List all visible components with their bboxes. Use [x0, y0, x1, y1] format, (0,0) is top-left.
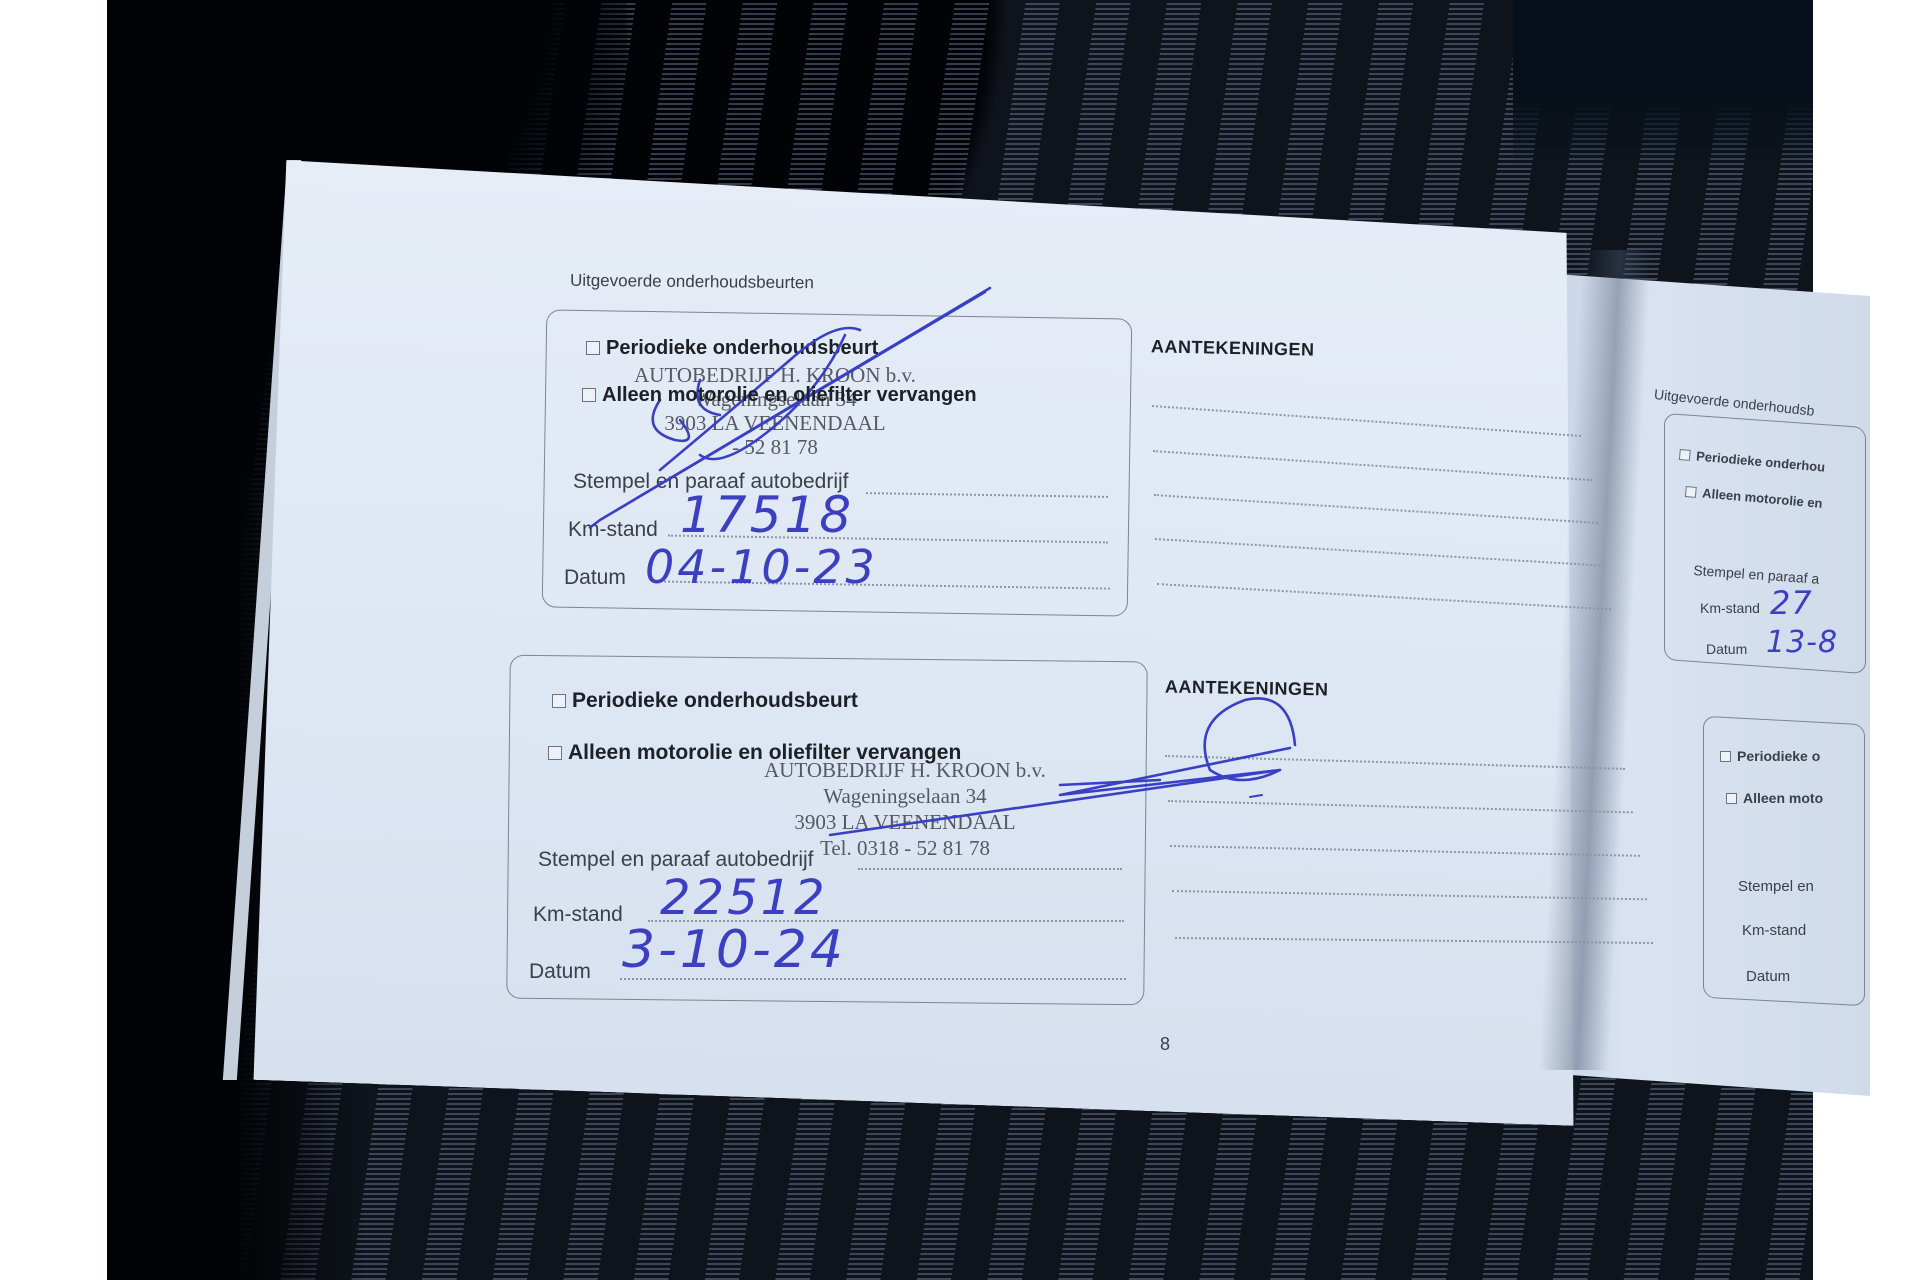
checkbox-label: Periodieke onderhoudsbeurt — [606, 337, 878, 359]
right-checkbox-periodic-2: Periodieke o — [1720, 748, 1820, 764]
checkbox-label: Alleen motorolie en oliefilter vervangen — [568, 741, 961, 764]
checkbox-oil-1: Alleen motorolie en oliefilter vervangen — [582, 384, 977, 407]
dotted-line — [858, 868, 1122, 870]
date-value-1: 04-10-23 — [645, 540, 878, 594]
right-stamp-label-2: Stempel en — [1738, 878, 1814, 895]
checkbox-icon — [1685, 486, 1697, 498]
notes-heading-1: AANTEKENINGEN — [1151, 336, 1315, 360]
checkbox-icon — [552, 694, 566, 708]
checkbox-label: Alleen motorolie en oliefilter vervangen — [602, 384, 977, 406]
stamp-line: - 52 81 78 — [610, 435, 940, 459]
km-value-1: 17518 — [680, 486, 854, 544]
date-label-2: Datum — [529, 960, 591, 984]
checkbox-periodic-1: Periodieke onderhoudsbeurt — [586, 337, 878, 360]
right-date-label-2: Datum — [1746, 968, 1790, 985]
checkbox-icon — [548, 746, 562, 760]
km-label-1: Km-stand — [568, 518, 658, 542]
stamp-label-2: Stempel en paraaf autobedrijf — [538, 848, 814, 872]
garage-stamp-1: AUTOBEDRIJF H. KROON b.v. Wageningselaan… — [610, 363, 940, 459]
right-km-label-2: Km-stand — [1742, 922, 1806, 939]
right-date-label-1: Datum — [1706, 641, 1747, 657]
stamp-line: 3903 LA VEENENDAAL — [610, 411, 940, 435]
section-heading: Uitgevoerde onderhoudsbeurten — [570, 271, 814, 294]
checkbox-oil-2: Alleen motorolie en oliefilter vervangen — [548, 741, 961, 765]
notes-heading-2: AANTEKENINGEN — [1165, 677, 1329, 701]
checkbox-label: Alleen moto — [1743, 790, 1823, 806]
stamp-line: 3903 LA VEENENDAAL — [740, 809, 1070, 835]
stamp-line: Wageningselaan 34 — [740, 783, 1070, 809]
checkbox-icon — [582, 388, 596, 402]
right-date-value-1: 13-8 — [1766, 625, 1838, 660]
right-km-label-1: Km-stand — [1700, 600, 1760, 616]
page-number: 8 — [1160, 1034, 1170, 1055]
right-km-value-1: 27 — [1770, 584, 1813, 622]
right-checkbox-oil-2: Alleen moto — [1726, 790, 1823, 806]
shadow — [1513, 0, 1813, 170]
date-value-2: 3-10-24 — [622, 920, 846, 980]
checkbox-icon — [586, 341, 600, 355]
checkbox-label: Periodieke o — [1737, 748, 1820, 764]
checkbox-icon — [1720, 751, 1731, 762]
garage-stamp-2: AUTOBEDRIJF H. KROON b.v. Wageningselaan… — [740, 757, 1070, 861]
checkbox-icon — [1726, 793, 1737, 804]
km-value-2: 22512 — [660, 870, 828, 926]
checkbox-label: Periodieke onderhoudsbeurt — [572, 689, 858, 712]
checkbox-periodic-2: Periodieke onderhoudsbeurt — [552, 689, 858, 713]
km-label-2: Km-stand — [533, 903, 623, 927]
checkbox-icon — [1679, 449, 1691, 461]
date-label-1: Datum — [564, 566, 626, 590]
